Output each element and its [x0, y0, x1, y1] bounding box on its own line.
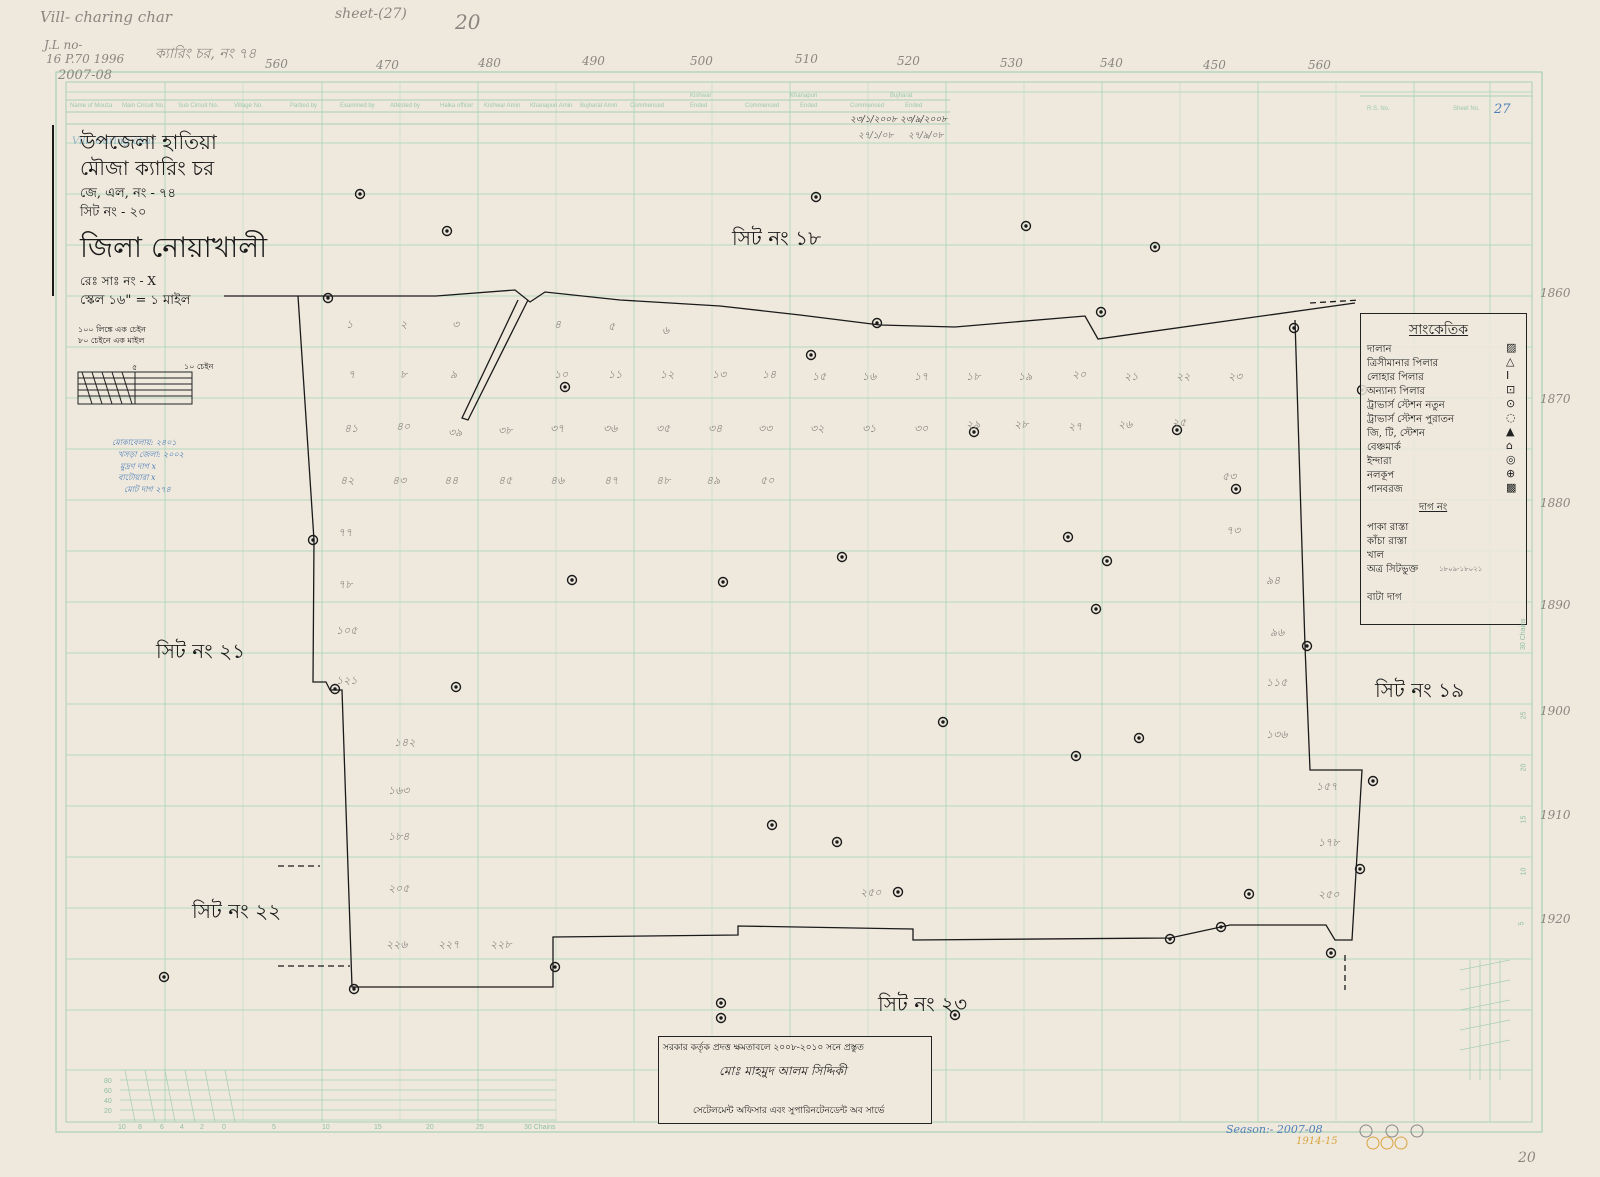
adjacent-sheet-west-upper: সিট নং ২১ [156, 637, 245, 670]
parcel-number: ১৬৩ [388, 782, 409, 801]
scale-tick: 20 [426, 1124, 434, 1131]
header-col: Khanapuri Amin [530, 103, 572, 109]
certificate-signature: মোঃ মাহমুদ আলম সিদ্দিকী [719, 1063, 846, 1083]
left-note: মোট দাগ ২৭৪ [124, 484, 171, 497]
parcel-number: ৫৩ [1222, 468, 1236, 487]
right-scale-tick: 25 [1520, 712, 1527, 720]
parcel-number: ৪৬ [550, 472, 564, 491]
certificate-line-3: সেটেলমেন্ট অফিসার এবং সুপারিনটেনডেন্ট অব… [693, 1103, 884, 1118]
parcel-number: ৩৪ [708, 420, 722, 439]
scale-tick: 15 [374, 1124, 382, 1131]
traverse-station-icon [160, 190, 1378, 1023]
legend-panel: সাংকেতিক দালান ▨ ত্রিসীমানার পিলার △ লোহ… [1360, 313, 1527, 625]
legend-dag-heading: দাগ নং [1419, 500, 1447, 517]
parcel-number: ২৮ [1014, 416, 1028, 435]
parcel-number: ৯৪ [1266, 572, 1280, 591]
column-number: 520 [897, 54, 920, 68]
header-col: Partied by [290, 103, 317, 109]
header-group: Khanapuri [790, 93, 817, 99]
parcel-number: ২৫০ [860, 884, 881, 903]
scale-note-2: ৮০ চেইনে এক মাইল [78, 335, 144, 348]
certificate-box: সরকার কর্তৃক প্রদত্ত ক্ষমতাবলে ২০০৮-২০১০… [658, 1036, 932, 1124]
parcel-number: ৪৮ [656, 472, 670, 491]
parcel-number: ২৫ [1172, 414, 1186, 433]
column-number: 480 [478, 56, 501, 70]
parcel-number: ১০ [554, 366, 568, 385]
scale-tick: 6 [160, 1124, 164, 1131]
parcel-number: ৪১ [344, 420, 358, 439]
parcel-number: ৭৮ [338, 576, 352, 595]
parcel-number: ২৬ [1118, 416, 1132, 435]
parcel-number: ৭৭ [338, 524, 352, 543]
parcel-number: ৪৭ [604, 472, 618, 491]
header-col: Kishwar Amin [484, 103, 520, 109]
adjacent-sheet-south: সিট নং ২৩ [878, 990, 967, 1023]
header-col: Examined by [340, 103, 375, 109]
header-col: Ended [690, 103, 707, 109]
column-number: 530 [1000, 56, 1023, 70]
row-number: 1900 [1540, 704, 1571, 718]
row-number: 1890 [1540, 598, 1571, 612]
header-col: Sub Circuit No. [178, 103, 218, 109]
scale-tick: 0 [222, 1124, 226, 1131]
scale-tick: 30 Chains [524, 1124, 556, 1131]
header-col: Halka officer [440, 103, 473, 109]
parcel-number: ১৮ [966, 368, 980, 387]
header-date: ২৭/৯/০৮ [908, 128, 943, 143]
parcel-number: ২৭ [1068, 418, 1082, 437]
scale-tick: 5 [272, 1124, 276, 1131]
legend-traverse-label: অত্র সিটভুক্ত [1367, 562, 1418, 579]
scale-label: স্কেল ১৬" = ১ মাইল [80, 291, 191, 312]
legend-bata-dag: বাটা দাগ [1367, 590, 1402, 607]
parcel-number: ২০৫ [388, 880, 409, 899]
parcel-number: ১৯ [1018, 368, 1032, 387]
header-col: Attested by [390, 103, 420, 109]
right-scale-tick: 15 [1520, 816, 1527, 824]
sheet-no-label: Sheet No. [1453, 106, 1480, 112]
adjacent-sheet-west-lower: সিট নং ২২ [192, 897, 281, 930]
parcel-number: ১৫৭ [1316, 778, 1337, 797]
scale-tick: 60 [104, 1088, 112, 1095]
parcel-number: ৯৬ [1270, 624, 1284, 643]
parcel-number: ২ [400, 316, 407, 335]
column-number: 510 [795, 52, 818, 66]
header-col: Ended [800, 103, 817, 109]
tubewell-icon: ⊕ [1506, 467, 1515, 480]
page-ref: 20 [1518, 1150, 1536, 1166]
header-col: Name of Mouza [70, 103, 112, 109]
scale-bar-end: ১০ চেইন [184, 361, 213, 374]
column-number: 560 [265, 57, 288, 71]
gt-station-icon: ▲ [1506, 425, 1514, 438]
right-scale-tick: 20 [1520, 764, 1527, 772]
sheet-note-2: 20 [455, 10, 480, 34]
parcel-number: ৭৩ [1226, 522, 1240, 541]
parcel-number: ১৫ [812, 368, 826, 387]
parcel-number: ৩৫ [656, 420, 670, 439]
header-col: Village No. [234, 103, 263, 109]
adjacent-sheet-north: সিট নং ১৮ [732, 224, 821, 257]
parcel-number: ৫ [608, 318, 615, 337]
scale-tick: 8 [138, 1124, 142, 1131]
parcel-number: ২৯ [966, 416, 980, 435]
parcel-number: ৪৫ [498, 472, 512, 491]
year-note: 2007-08 [58, 68, 112, 83]
parcel-number: ২৩ [1228, 368, 1242, 387]
scale-tick: 4 [180, 1124, 184, 1131]
season-note: Season:- 2007-08 [1226, 1123, 1323, 1136]
scale-tick: 80 [104, 1078, 112, 1085]
parcel-number: ২২ [1176, 368, 1190, 387]
row-number: 1880 [1540, 496, 1571, 510]
rev-survey-label: রেঃ সাঃ নং - X [80, 273, 156, 293]
parcel-number: ২১ [1124, 368, 1138, 387]
parcel-number: ১ [346, 316, 353, 335]
header-date: ২৭/১/০৮ [858, 128, 893, 143]
column-number: 470 [376, 58, 399, 72]
parcel-number: ২২৭ [438, 936, 459, 955]
legend-traverse-value: ১৮০৯-১৮০২১ [1439, 563, 1482, 575]
traverse-old-icon: ◌ [1506, 411, 1516, 424]
parcel-number: ১৭ [914, 368, 928, 387]
p-note: 16 P.70 1996 [46, 52, 124, 66]
parcel-number: ২৫০ [1318, 886, 1339, 905]
parcel-number: ১২১ [336, 672, 357, 691]
parcel-number: ২০ [1072, 366, 1086, 385]
parcel-number: ৯ [450, 366, 457, 385]
parcel-number: ২২৬ [386, 936, 407, 955]
parcel-number: ১৭৮ [1318, 834, 1339, 853]
legend-item-betel-garden: পানবরজ [1367, 482, 1403, 499]
row-number: 1860 [1540, 286, 1571, 300]
scale-tick: 10 [118, 1124, 126, 1131]
header-date: ২৩/৯/২০০৮ [900, 112, 947, 127]
header-date: ২৩/১/২০০৮ [850, 112, 897, 127]
parcel-number: ৪৯ [706, 472, 720, 491]
cadastral-map-sheet: Vill- charing char J.L no- 16 P.70 1996 … [0, 0, 1600, 1177]
well-icon: ◎ [1506, 453, 1516, 466]
parcel-number: ৩৮ [498, 422, 512, 441]
right-scale-tick: 5 [1518, 922, 1525, 926]
header-group: Bujharat [890, 93, 912, 99]
column-number: 450 [1203, 58, 1226, 72]
traverse-new-icon: ⊙ [1506, 397, 1515, 410]
scale-tick: 2 [200, 1124, 204, 1131]
mouza-label: মৌজা ক্যারিং চর [80, 154, 214, 187]
parcel-number: ৪০ [396, 418, 410, 437]
parcel-number: ৩৩ [758, 420, 772, 439]
parcel-number: ১০৫ [336, 622, 357, 641]
parcel-number: ৩ [452, 316, 459, 335]
jl-note: J.L no- [44, 38, 82, 52]
parcel-number: ১২ [660, 366, 674, 385]
header-col: Commenced [745, 103, 779, 109]
parcel-number: ১৪২ [394, 734, 415, 753]
parcel-number: ৬ [662, 322, 669, 341]
benchmark-icon: ⌂ [1506, 439, 1513, 452]
parcel-number: ৭ [348, 366, 355, 385]
parcel-number: ১৩ [712, 366, 726, 385]
scale-tick: 40 [104, 1098, 112, 1105]
header-group: Kishwar [690, 93, 711, 99]
parcel-number: ১১৫ [1266, 674, 1287, 693]
parcel-number: ১১ [608, 366, 622, 385]
parcel-number: ৪ [554, 316, 561, 335]
column-number: 500 [690, 54, 713, 68]
column-number: 540 [1100, 56, 1123, 70]
adjacent-sheet-east: সিট নং ১৯ [1375, 676, 1464, 709]
jl-no-label: জে, এল, নং - ৭৪ [80, 184, 176, 205]
parcel-number: ৫০ [760, 472, 774, 491]
parcel-number: ৩৭ [550, 420, 564, 439]
scale-tick: 25 [476, 1124, 484, 1131]
right-scale-tick: 30 Chains [1520, 618, 1527, 650]
parcel-number: ১৬ [862, 368, 876, 387]
sheet-no-value: 27 [1494, 102, 1511, 117]
scale-bar-mid: ৫ [132, 362, 137, 375]
district-title: জিলা নোয়াখালী [80, 226, 267, 273]
row-number: 1910 [1540, 808, 1571, 822]
bengali-note: ক্যারিং চর, নং ৭৪ [155, 42, 256, 66]
parcel-number: ৪২ [340, 472, 354, 491]
header-col: Commenced [630, 103, 664, 109]
column-number: 490 [582, 54, 605, 68]
header-col: Main Circuit No. [122, 103, 165, 109]
rs-no-label: R.S. No. [1367, 106, 1390, 112]
village-note: Vill- charing char [40, 8, 172, 26]
parcel-number: ৩০ [914, 420, 928, 439]
scale-tick: 20 [104, 1108, 112, 1115]
parcel-number: ৩১ [862, 420, 876, 439]
triangle-pillar-icon: △ [1506, 355, 1514, 368]
certificate-line-1: সরকার কর্তৃক প্রদত্ত ক্ষমতাবলে ২০০৮-২০১০… [663, 1040, 864, 1055]
scale-tick: 10 [322, 1124, 330, 1131]
header-col: Bujharat Amin [580, 103, 617, 109]
parcel-number: ১৮৪ [388, 828, 409, 847]
parcel-number: ৩২ [810, 420, 824, 439]
season-note-old: 1914-15 [1296, 1136, 1338, 1147]
header-col: Commenced [850, 103, 884, 109]
parcel-number: ৪৪ [444, 472, 458, 491]
column-number: 560 [1308, 58, 1331, 72]
building-icon: ▨ [1506, 341, 1516, 354]
sheet-note: sheet-(27) [335, 6, 407, 22]
iron-pillar-icon: I [1506, 369, 1509, 382]
parcel-number: ১৪ [762, 366, 776, 385]
legend-title: সাংকেতিক [1409, 318, 1468, 342]
parcel-number: ৩৯ [448, 424, 462, 443]
header-col: Ended [905, 103, 922, 109]
sheet-no-label: সিট নং - ২০ [80, 203, 146, 224]
parcel-number: ৪৩ [392, 472, 406, 491]
right-scale-tick: 10 [1520, 868, 1527, 876]
parcel-number: ৮ [400, 366, 407, 385]
betel-garden-icon: ▩ [1506, 481, 1516, 494]
parcel-number: ৩৬ [603, 420, 617, 439]
row-number: 1870 [1540, 392, 1571, 406]
row-number: 1920 [1540, 912, 1571, 926]
parcel-number: ১৩৬ [1266, 726, 1287, 745]
parcel-number: ২২৮ [490, 936, 511, 955]
square-pillar-icon: ⊡ [1506, 383, 1515, 396]
